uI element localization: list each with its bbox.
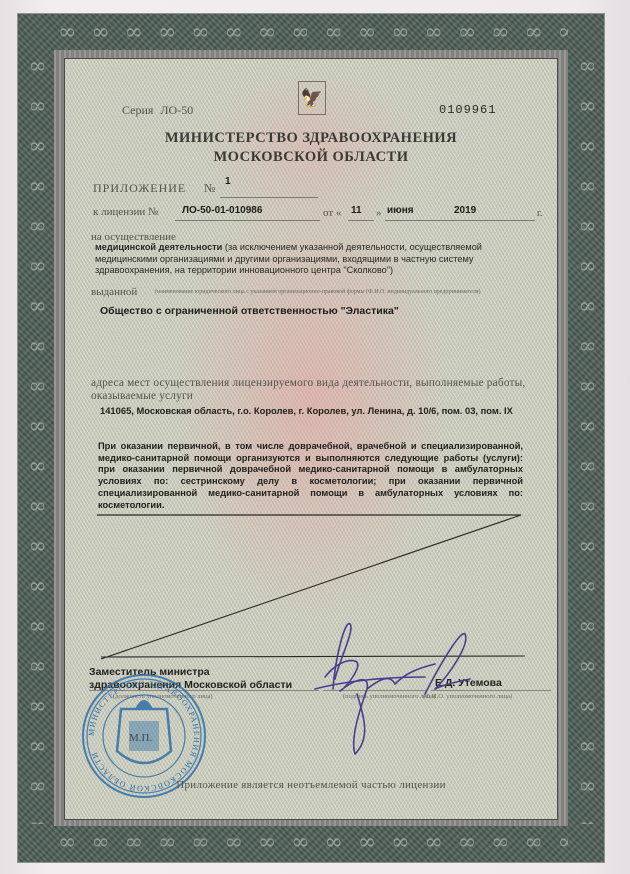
handwritten-signature [295, 619, 475, 759]
footer-note: Приложение является неотъемлемой частью … [65, 779, 557, 791]
border-ornament-icon: ∞ ∞ ∞ ∞ ∞ ∞ ∞ ∞ ∞ ∞ ∞ ∞ ∞ ∞ ∞ ∞ ∞ ∞ ∞ ∞ … [574, 54, 598, 824]
border-ornament-icon: ∞ ∞ ∞ ∞ ∞ ∞ ∞ ∞ ∞ ∞ ∞ ∞ ∞ ∞ ∞ ∞ ∞ ∞ ∞ ∞ [58, 22, 568, 44]
border-ornament-icon: ∞ ∞ ∞ ∞ ∞ ∞ ∞ ∞ ∞ ∞ ∞ ∞ ∞ ∞ ∞ ∞ ∞ ∞ ∞ ∞ [58, 832, 568, 854]
stamp-mp-label: М.П. [129, 732, 152, 744]
border-ornament-icon: ∞ ∞ ∞ ∞ ∞ ∞ ∞ ∞ ∞ ∞ ∞ ∞ ∞ ∞ ∞ ∞ ∞ ∞ ∞ ∞ … [24, 54, 48, 824]
license-appendix-sheet: Серия ЛО-50 🦅 0109961 МИНИСТЕРСТВО ЗДРАВ… [64, 58, 558, 820]
